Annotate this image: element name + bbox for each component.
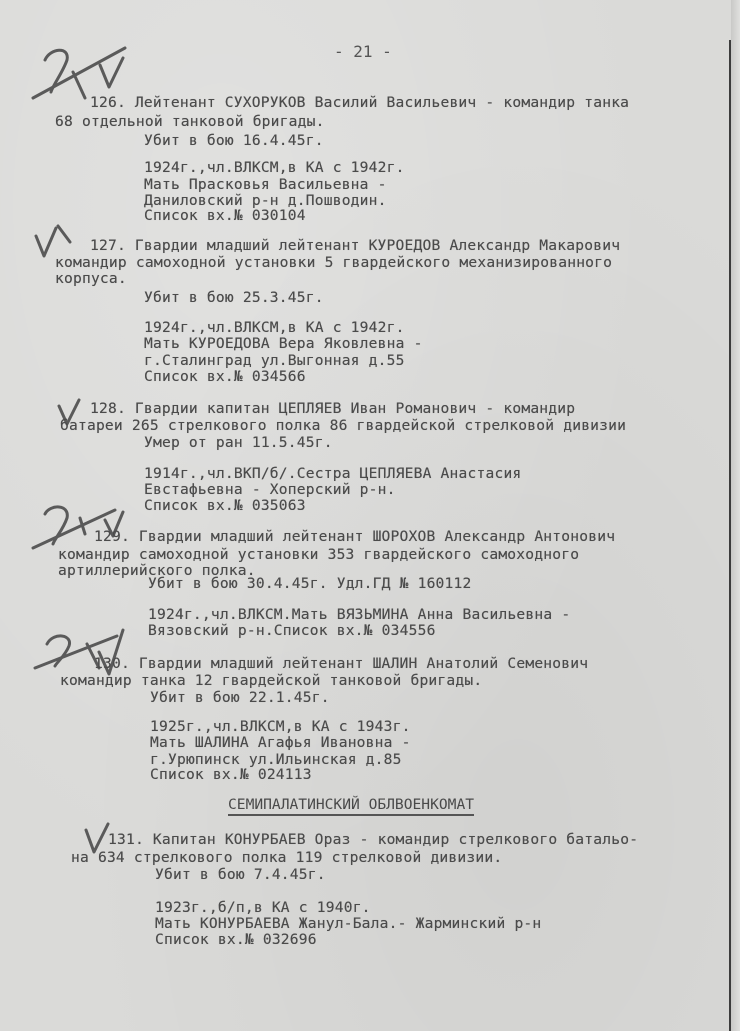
entry-126-line-7: Список вх.№ 030104 — [144, 208, 306, 224]
entry-129-line-1: 129. Гвардии младший лейтенант ШОРОХОВ А… — [94, 529, 615, 545]
entry-130-line-4: 1925г.,чл.ВЛКСМ,в КА с 1943г. — [150, 719, 411, 735]
entry-128-line-4: 1914г.,чл.ВКП/б/.Сестра ЦЕПЛЯЕВА Анастас… — [144, 466, 521, 482]
entry-128-line-5: Евстафьевна - Хоперский р-н. — [144, 482, 396, 498]
entry-131-line-4: 1923г.,б/п,в КА с 1940г. — [155, 900, 371, 916]
entry-131-line-2: на 634 стрелкового полка 119 стрелковой … — [71, 850, 502, 866]
entry-127-line-6: Мать КУРОЕДОВА Вера Яковлевна - — [144, 336, 423, 352]
entry-127-line-1: 127. Гвардии младший лейтенант КУРОЕДОВ … — [90, 238, 620, 254]
entry-130-line-1: 130. Гвардии младший лейтенант ШАЛИН Ана… — [94, 656, 588, 672]
entry-127-line-3: корпуса. — [55, 271, 127, 287]
entry-129-line-5: 1924г.,чл.ВЛКСМ.Мать ВЯЗЬМИНА Анна Васил… — [148, 607, 570, 623]
entry-127-line-8: Список вх.№ 034566 — [144, 369, 306, 385]
entry-131-line-5: Мать КОНУРБАЕВА Жанул-Бала.- Жарминский … — [155, 916, 541, 932]
entry-127-line-7: г.Сталинград ул.Выгонная д.55 — [144, 353, 405, 369]
entry-130-line-5: Мать ШАЛИНА Агафья Ивановна - — [150, 735, 411, 751]
entry-126-line-1: 126. Лейтенант СУХОРУКОВ Василий Василье… — [90, 95, 629, 111]
entry-128-line-1: 128. Гвардии капитан ЦЕПЛЯЕВ Иван Романо… — [90, 401, 575, 417]
entry-130-line-2: командир танка 12 гвардейской танковой б… — [60, 673, 482, 689]
document-page: - 21 - 126. Лейтенант СУХОРУКОВ Василий … — [0, 0, 740, 1031]
entry-131-line-3: Убит в бою 7.4.45г. — [155, 867, 326, 883]
entry-130-line-7: Список вх.№ 024113 — [150, 767, 312, 783]
entry-131-line-6: Список вх.№ 032696 — [155, 932, 317, 948]
entry-127-line-2: командир самоходной установки 5 гвардейс… — [55, 255, 612, 271]
entry-129-line-4: Убит в бою 30.4.45г. Удл.ГД № 160112 — [148, 576, 472, 592]
entry-126-line-5: Мать Прасковья Васильевна - — [144, 177, 387, 193]
page-number: - 21 - — [334, 42, 392, 61]
page-edge-line — [729, 40, 731, 1031]
entry-126-line-4: 1924г.,чл.ВЛКСМ,в КА с 1942г. — [144, 160, 405, 176]
entry-128-line-6: Список вх.№ 035063 — [144, 498, 306, 514]
entry-131-line-1: 131. Капитан КОНУРБАЕВ Ораз - командир с… — [108, 832, 638, 848]
entry-129-line-2: командир самоходной установки 353 гварде… — [58, 547, 579, 563]
entry-127-line-5: 1924г.,чл.ВЛКСМ,в КА с 1942г. — [144, 320, 405, 336]
section-heading: СЕМИПАЛАТИНСКИЙ ОБЛВОЕНКОМАТ — [228, 796, 474, 816]
entry-127-line-4: Убит в бою 25.3.45г. — [144, 290, 324, 306]
entry-128-line-3: Умер от ран 11.5.45г. — [144, 435, 333, 451]
entry-129-line-6: Вязовский р-н.Список вх.№ 034556 — [148, 623, 436, 639]
page-edge-shadow — [731, 0, 740, 1031]
entry-130-line-3: Убит в бою 22.1.45г. — [150, 690, 330, 706]
entry-126-line-3: Убит в бою 16.4.45г. — [144, 133, 324, 149]
entry-128-line-2: батареи 265 стрелкового полка 86 гвардей… — [60, 418, 626, 434]
entry-126-line-2: 68 отдельной танковой бригады. — [55, 114, 325, 130]
